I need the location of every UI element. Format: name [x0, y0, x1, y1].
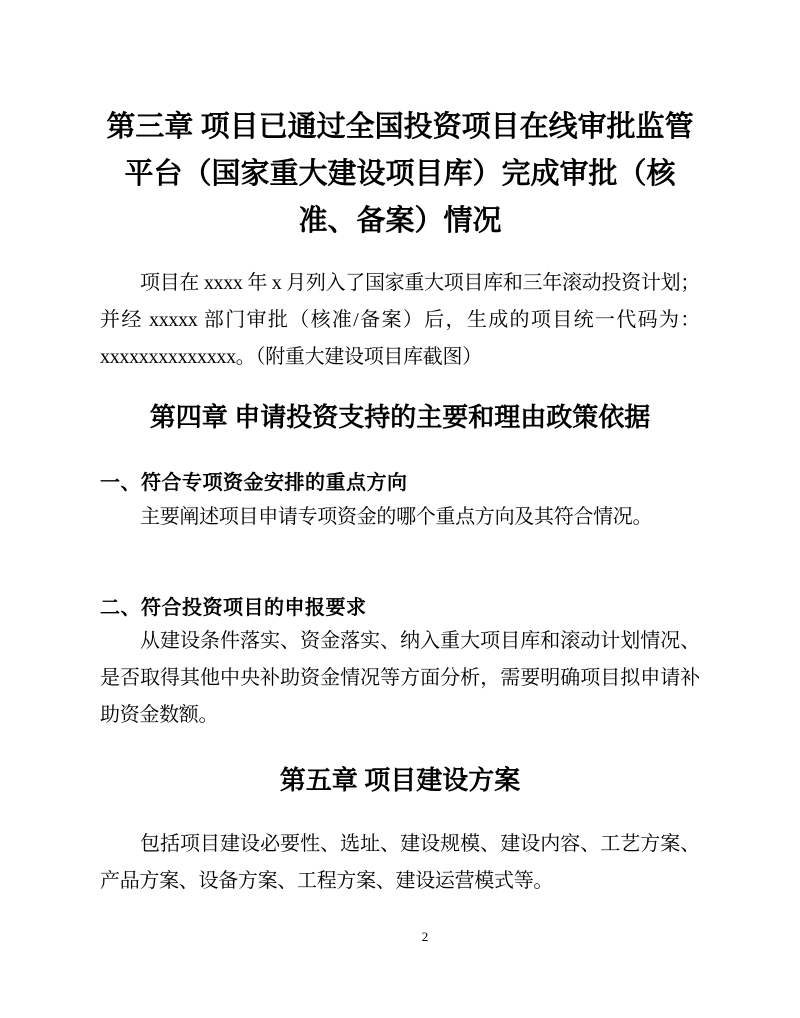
page-number: 2	[100, 928, 750, 946]
chapter-5-paragraph: 包括项目建设必要性、选址、建设规模、建设内容、工艺方案、产品方案、设备方案、工程…	[100, 826, 700, 900]
chapter-3-title: 第三章 项目已通过全国投资项目在线审批监管平台（国家重大建设项目库）完成审批（核…	[100, 104, 700, 245]
section-2-heading: 二、符合投资项目的申报要求	[100, 593, 700, 623]
chapter-3-paragraph: 项目在 xxxx 年 x 月列入了国家重大项目库和三年滚动投资计划；并经 xxx…	[100, 265, 700, 376]
document-page: 第三章 项目已通过全国投资项目在线审批监管平台（国家重大建设项目库）完成审批（核…	[0, 0, 800, 1018]
section-1-body: 主要阐述项目申请专项资金的哪个重点方向及其符合情况。	[100, 499, 700, 536]
section-1-heading: 一、符合专项资金安排的重点方向	[100, 468, 700, 498]
chapter-4-title: 第四章 申请投资支持的主要和理由政策依据	[100, 399, 700, 437]
section-2-body: 从建设条件落实、资金落实、纳入重大项目库和滚动计划情况、是否取得其他中央补助资金…	[100, 623, 700, 734]
chapter-5-title: 第五章 项目建设方案	[100, 762, 700, 800]
